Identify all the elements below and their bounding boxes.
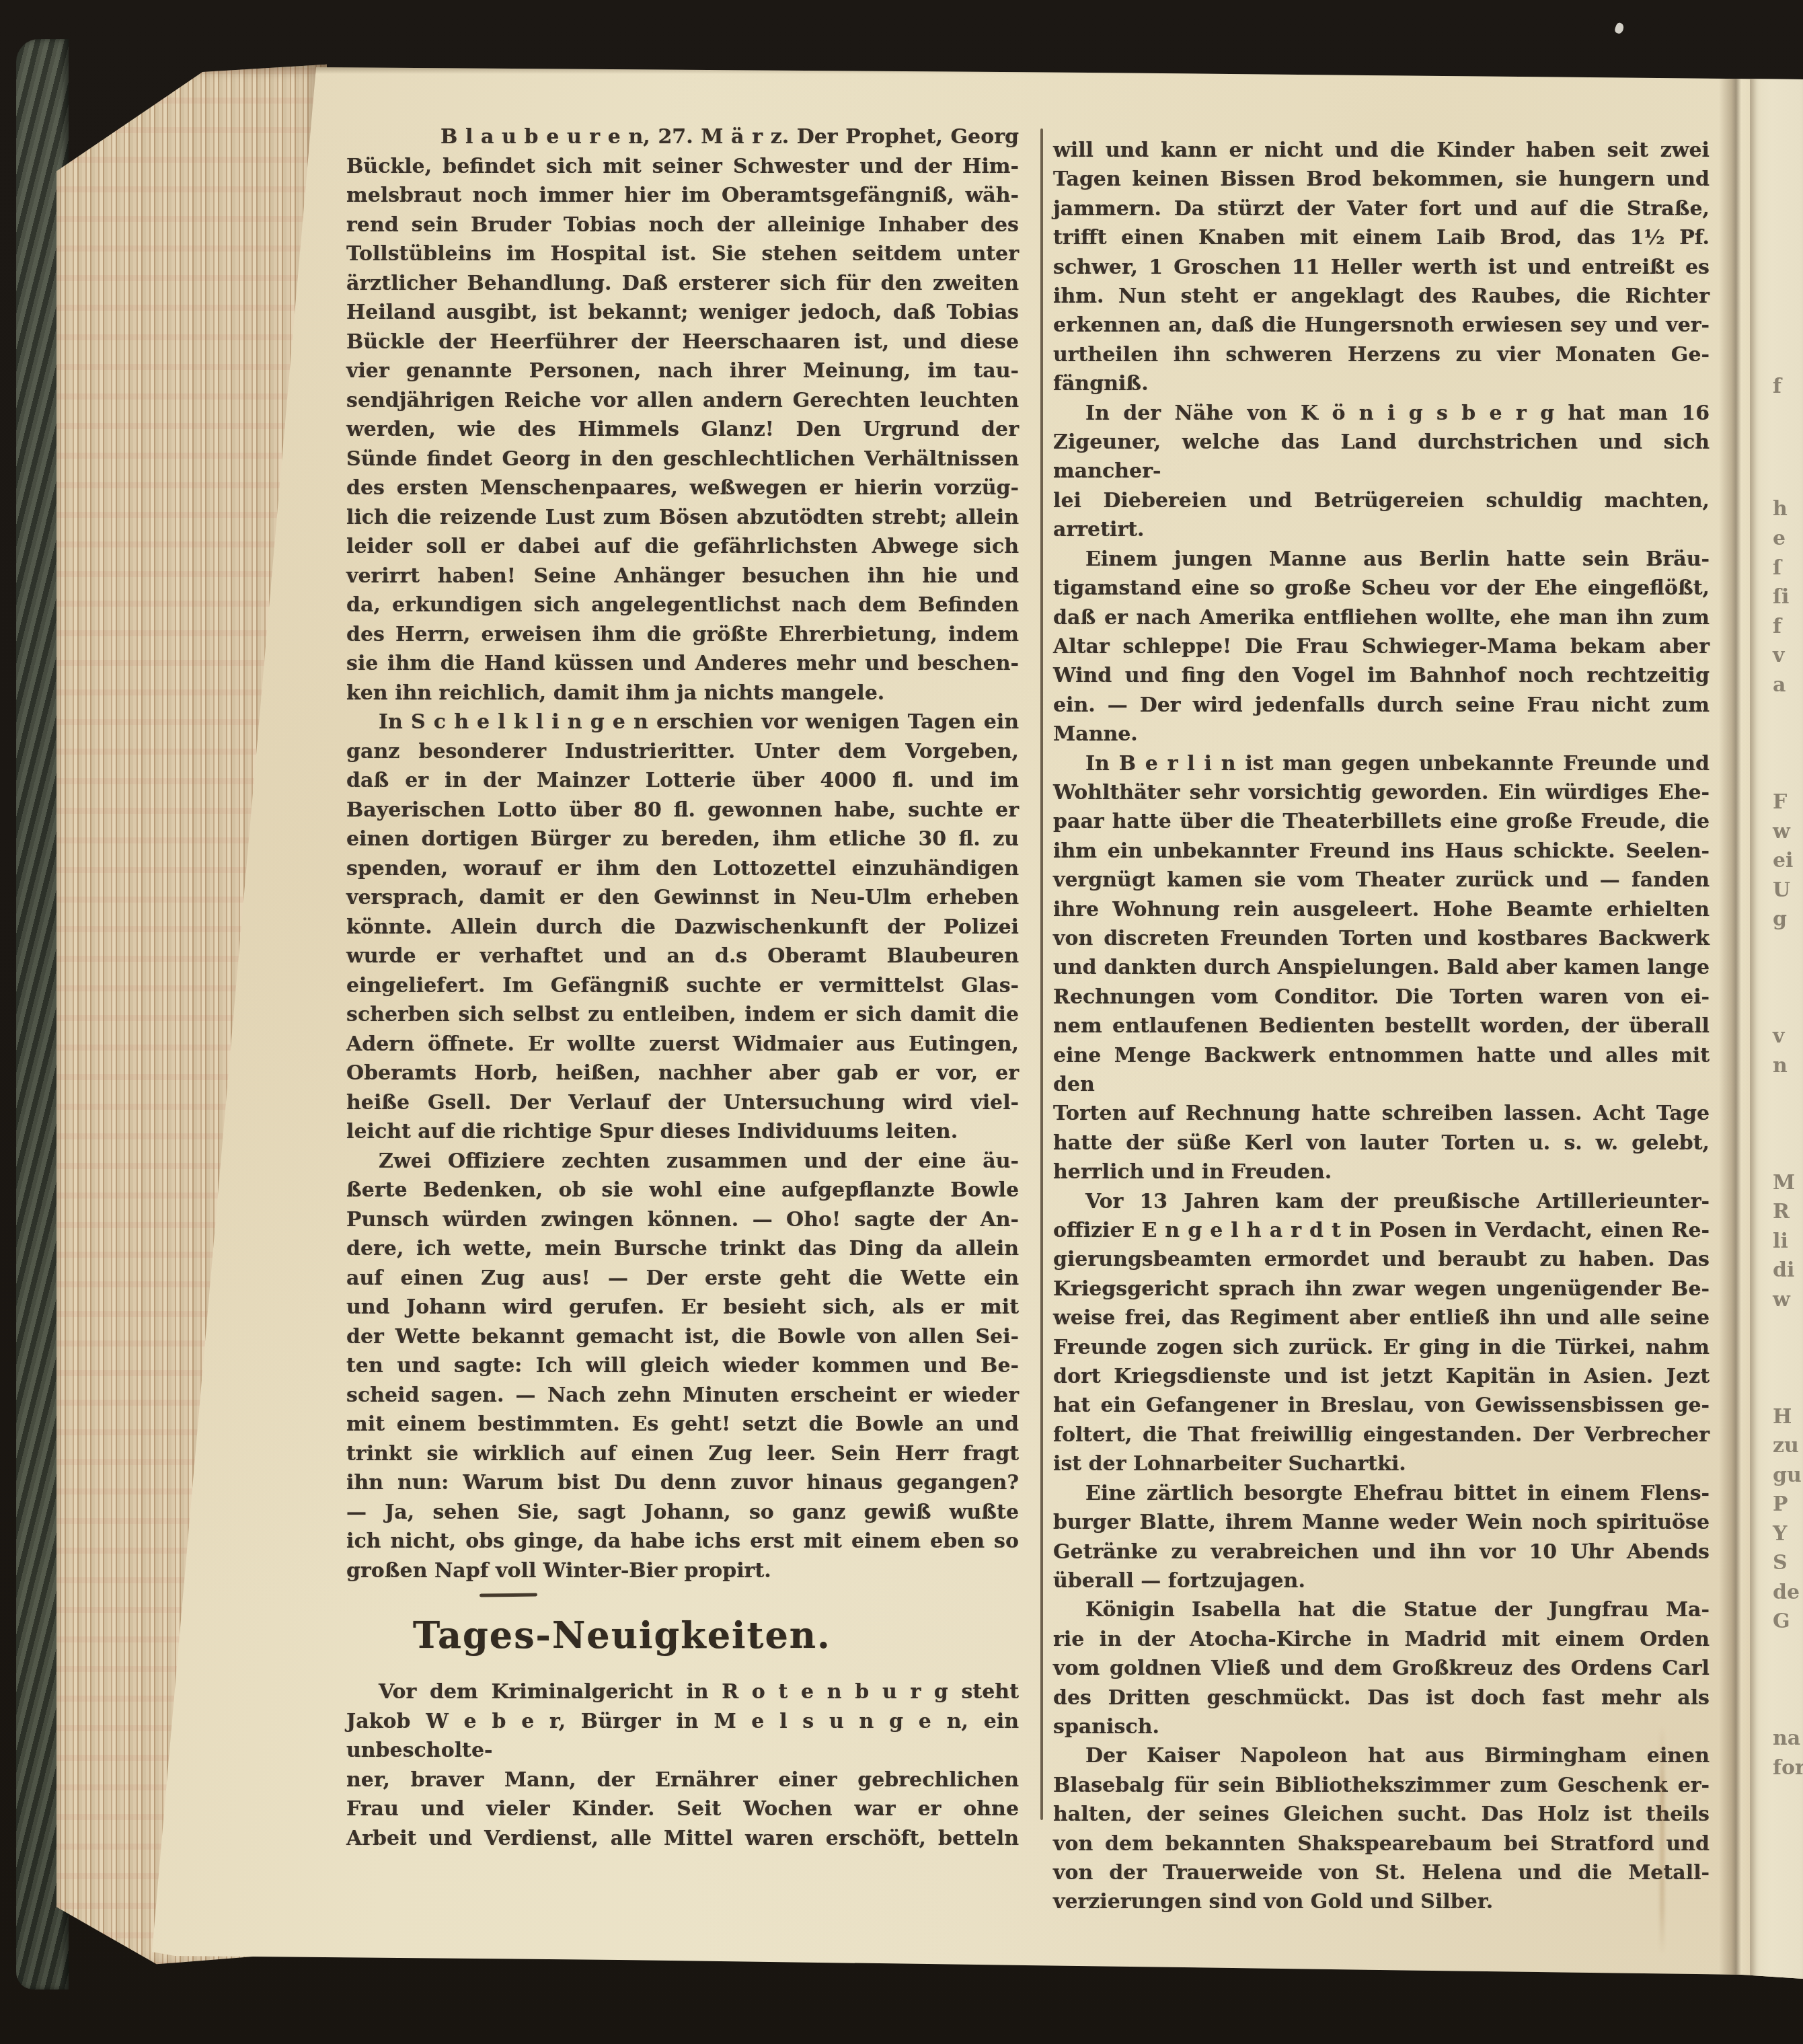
edge-text-fragment: Y — [1773, 1524, 1787, 1544]
edge-text-fragment: G — [1773, 1612, 1790, 1632]
text-line: offizier E n g e l h a r d t in Posen in… — [1053, 1216, 1710, 1245]
text-line: Oberamts Horb, heißen, nachher aber gab … — [346, 1059, 1019, 1088]
text-line: Bayerischen Lotto über 80 fl. gewonnen h… — [346, 796, 1019, 825]
text-line: Freunde zogen sich zurück. Er ging in di… — [1053, 1333, 1710, 1362]
left-column: B l a u b e u r e n, 27. M ä r z. Der Pr… — [346, 122, 1019, 1585]
text-line: ärztlicher Behandlung. Daß ersterer sich… — [346, 269, 1019, 299]
water-stain — [1660, 1726, 1664, 1955]
text-line: Adern öffnete. Er wollte zuerst Widmaier… — [346, 1030, 1019, 1059]
text-line: von der Trauerweide von St. Helena und d… — [1053, 1858, 1710, 1887]
text-line: rie in der Atocha-Kirche in Madrid mit e… — [1053, 1625, 1710, 1654]
text-line: Rechnungen vom Conditor. Die Torten ware… — [1053, 983, 1710, 1012]
newspaper-page: B l a u b e u r e n, 27. M ä r z. Der Pr… — [148, 65, 1803, 1983]
text-line: des ersten Menschenpaares, weßwegen er h… — [346, 474, 1019, 503]
text-line: sie ihm die Hand küssen und Anderes mehr… — [346, 649, 1019, 679]
edge-text-fragment: F — [1773, 792, 1787, 812]
text-line: ein. — Der wird jedenfalls durch seine F… — [1053, 691, 1710, 720]
text-line: — Ja, sehen Sie, sagt Johann, so ganz ge… — [346, 1498, 1019, 1527]
text-line: In S c h e l k l i n g e n erschien vor … — [346, 708, 1019, 737]
text-line: vier genannte Personen, nach ihrer Meinu… — [346, 356, 1019, 386]
text-line: Tagen keinen Bissen Brod bekommen, sie h… — [1053, 165, 1710, 194]
edge-text-fragment: ſi — [1773, 587, 1789, 607]
edge-text-fragment: li — [1773, 1232, 1788, 1252]
text-line: Punsch würden zwingen können. — Oho! sag… — [346, 1205, 1019, 1235]
text-line: wurde er verhaftet und an d.s Oberamt Bl… — [346, 942, 1019, 971]
text-line: und Johann wird gerufen. Er besieht sich… — [346, 1293, 1019, 1322]
edge-text-fragment: de — [1773, 1583, 1800, 1603]
text-line: Heiland ausgibt, ist bekannt; weniger je… — [346, 298, 1019, 328]
text-line: Königin Isabella hat die Statue der Jung… — [1053, 1595, 1710, 1624]
text-line: melsbraut noch immer hier im Oberamtsgef… — [346, 181, 1019, 211]
text-line: Vor 13 Jahren kam der preußische Artille… — [1053, 1187, 1710, 1216]
edge-text-fragment: P — [1773, 1494, 1788, 1515]
text-line: ganz besonderer Industrieritter. Unter d… — [346, 737, 1019, 767]
text-line: B l a u b e u r e n, 27. M ä r z. Der Pr… — [346, 122, 1019, 152]
text-line: nem entlaufenen Bedienten bestellt worde… — [1053, 1012, 1710, 1040]
text-line: hat ein Gefangener in Breslau, von Gewis… — [1053, 1391, 1710, 1420]
text-line: foltert, die That freiwillig eingestande… — [1053, 1421, 1710, 1449]
text-line: Getränke zu verabreichen und ihn vor 10 … — [1053, 1538, 1710, 1566]
text-line: ner, braver Mann, der Ernährer einer geb… — [346, 1766, 1019, 1795]
text-line: ihm ein unbekannter Freund ins Haus schi… — [1053, 837, 1710, 866]
text-line: Torten auf Rechnung hatte schreiben lass… — [1053, 1099, 1710, 1128]
text-line: herrlich und in Freuden. — [1053, 1158, 1710, 1186]
text-line: und dankten durch Anspielungen. Bald abe… — [1053, 953, 1710, 982]
edge-text-fragment: M — [1773, 1173, 1795, 1193]
text-line: ihm. Nun steht er angeklagt des Raubes, … — [1053, 282, 1710, 311]
text-line: sendjährigen Reiche vor allen andern Ger… — [346, 386, 1019, 416]
text-line: dort Kriegsdienste und ist jetzt Kapitän… — [1053, 1362, 1710, 1391]
edge-text-fragment: R — [1773, 1202, 1790, 1222]
edge-text-fragment: H — [1773, 1407, 1792, 1427]
text-line: vom goldnen Vließ und dem Großkreuz des … — [1053, 1654, 1710, 1683]
text-line: Kriegsgericht sprach ihn zwar wegen unge… — [1053, 1275, 1710, 1303]
text-line: In der Nähe von K ö n i g s b e r g hat … — [1053, 399, 1710, 428]
text-line: Tollstübleins im Hospital ist. Sie stehe… — [346, 239, 1019, 269]
edge-text-fragment: gu — [1773, 1466, 1802, 1486]
text-line: paar hatte über die Theaterbillets eine … — [1053, 807, 1710, 836]
text-line: ist der Lohnarbeiter Suchartki. — [1053, 1449, 1710, 1478]
text-line: ken ihn reichlich, damit ihm ja nichts m… — [346, 679, 1019, 708]
edge-text-fragment: n — [1773, 1056, 1788, 1076]
text-line: des Dritten geschmückt. Das ist doch fas… — [1053, 1683, 1710, 1712]
text-line: Bückle der Heerführer der Heerschaaren i… — [346, 328, 1019, 357]
edge-text-fragment: w — [1773, 822, 1790, 842]
text-line: könnte. Allein durch die Dazwischenkunft… — [346, 913, 1019, 942]
text-line: ich nicht, obs ginge, da habe ichs erst … — [346, 1527, 1019, 1556]
text-line: In B e r l i n ist man gegen unbekannte … — [1053, 749, 1710, 778]
text-line: einen dortigen Bürger zu bereden, ihm et… — [346, 825, 1019, 854]
text-line: auf einen Zug aus! — Der erste geht die … — [346, 1264, 1019, 1293]
text-line: urtheilen ihn schweren Herzens zu vier M… — [1053, 340, 1710, 369]
edge-text-fragment: U — [1773, 880, 1790, 901]
text-line: Einem jungen Manne aus Berlin hatte sein… — [1053, 545, 1710, 574]
edge-text-fragment: w — [1773, 1290, 1790, 1310]
text-line: ihre Wohnung rein ausgeleert. Hohe Beamt… — [1053, 895, 1710, 924]
text-line: tigamstand eine so große Scheu vor der E… — [1053, 574, 1710, 603]
edge-text-fragment: a — [1773, 675, 1786, 695]
edge-text-fragment: ei — [1773, 851, 1793, 871]
photographed-book-scene: B l a u b e u r e n, 27. M ä r z. Der Pr… — [0, 0, 1803, 2044]
section-heading: Tages-Neuigkeiten. — [346, 1612, 1019, 1659]
edge-text-fragment: g — [1773, 909, 1787, 930]
text-line: lich die reizende Lust zum Bösen abzutöd… — [346, 503, 1019, 533]
text-line: jammern. Da stürzt der Vater fort und au… — [1053, 194, 1710, 223]
text-line: werden, wie des Himmels Glanz! Den Urgru… — [346, 415, 1019, 445]
edge-text-fragment: S — [1773, 1553, 1788, 1573]
text-line: Der Kaiser Napoleon hat aus Birmingham e… — [1053, 1741, 1710, 1770]
text-line: ten und sagte: Ich will gleich wieder ko… — [346, 1351, 1019, 1381]
text-line: Eine zärtlich besorgte Ehefrau bittet in… — [1053, 1479, 1710, 1508]
text-line: eine Menge Backwerk entnommen hatte und … — [1053, 1041, 1710, 1100]
left-column-bottom: Vor dem Kriminalgericht in R o t e n b u… — [346, 1677, 1019, 1853]
text-line: mit einem bestimmten. Es geht! setzt die… — [346, 1410, 1019, 1439]
edge-text-fragment: for — [1773, 1758, 1803, 1778]
text-line: scherben sich selbst zu entleiben, indem… — [346, 1000, 1019, 1030]
text-line: schwer, 1 Groschen 11 Heller werth ist u… — [1053, 253, 1710, 282]
text-line: Altar schleppe! Die Frau Schwieger-Mama … — [1053, 632, 1710, 661]
text-line: Wind und fing den Vogel im Bahnhof noch … — [1053, 661, 1710, 690]
text-line: dere, ich wette, mein Bursche trinkt das… — [346, 1234, 1019, 1264]
text-line: leider soll er dabei auf die gefährlichs… — [346, 532, 1019, 562]
text-line: weise frei, das Regiment aber entließ ih… — [1053, 1303, 1710, 1332]
right-column: will und kann er nicht und die Kinder ha… — [1053, 136, 1710, 1917]
text-line: hatte der süße Kerl von lauter Torten u.… — [1053, 1129, 1710, 1158]
text-line: ihn nun: Warum bist Du denn zuvor hinaus… — [346, 1468, 1019, 1498]
column-divider-rule — [1040, 128, 1043, 1820]
text-line: Zwei Offiziere zechten zusammen und der … — [346, 1147, 1019, 1176]
section-divider-rule — [479, 1593, 537, 1597]
text-line: scheid sagen. — Nach zehn Minuten ersche… — [346, 1381, 1019, 1410]
text-line: trifft einen Knaben mit einem Laib Brod,… — [1053, 223, 1710, 252]
text-line: verirrt haben! Seine Anhänger besuchen i… — [346, 562, 1019, 591]
text-line: Arbeit und Verdienst, alle Mittel waren … — [346, 1824, 1019, 1854]
text-line: eingeliefert. Im Gefängniß suchte er ver… — [346, 971, 1019, 1001]
edge-text-fragment: f — [1773, 377, 1781, 397]
text-line: trinkt sie wirklich auf einen Zug leer. … — [346, 1439, 1019, 1469]
text-line: gierungsbeamten ermordet und beraubt zu … — [1053, 1245, 1710, 1274]
text-line: von dem bekannten Shakspearebaum bei Str… — [1053, 1829, 1710, 1858]
text-line: Vor dem Kriminalgericht in R o t e n b u… — [346, 1677, 1019, 1707]
text-line: spanisch. — [1053, 1712, 1710, 1741]
edge-text-fragment: e — [1773, 529, 1786, 549]
text-line: Zigeuner, welche das Land durchstrichen … — [1053, 428, 1710, 486]
text-line: Wohlthäter sehr vorsichtig geworden. Ein… — [1053, 778, 1710, 807]
text-line: vergnügt kamen sie vom Theater zurück un… — [1053, 866, 1710, 895]
next-page-edge: fheſſifvaFweiUgvnMRlidiwHzuguPYSdeGnafor — [1750, 65, 1803, 1983]
edge-text-fragment: v — [1773, 1026, 1784, 1047]
text-line: halten, der seines Gleichen sucht. Das H… — [1053, 1800, 1710, 1829]
edge-text-fragment: zu — [1773, 1436, 1799, 1456]
text-line: versprach, damit er den Gewinnst in Neu-… — [346, 883, 1019, 913]
text-line: heiße Gsell. Der Verlauf der Untersuchun… — [346, 1088, 1019, 1118]
dust-speck — [1614, 22, 1625, 34]
text-line: Bückle, befindet sich mit seiner Schwest… — [346, 152, 1019, 182]
text-line: rend sein Bruder Tobias noch der alleini… — [346, 211, 1019, 240]
text-line: daß er nach Amerika entfliehen wollte, e… — [1053, 603, 1710, 632]
text-line: der Wette bekannt gemacht ist, die Bowle… — [346, 1322, 1019, 1352]
text-line: des Herrn, erweisen ihm die größte Ehrer… — [346, 620, 1019, 650]
text-line: lei Diebereien und Betrügereien schuldig… — [1053, 486, 1710, 545]
edge-text-fragment: na — [1773, 1729, 1800, 1749]
text-line: da, erkundigen sich angelegentlichst nac… — [346, 591, 1019, 620]
edge-text-fragment: ſ — [1773, 558, 1781, 578]
text-line: will und kann er nicht und die Kinder ha… — [1053, 136, 1710, 165]
edge-text-fragment: f — [1773, 617, 1781, 637]
text-line: Blasebalg für sein Bibliothekszimmer zum… — [1053, 1771, 1710, 1800]
text-line: Manne. — [1053, 720, 1710, 749]
text-line: daß er in der Mainzer Lotterie über 4000… — [346, 766, 1019, 796]
edge-text-fragment: v — [1773, 646, 1784, 666]
edge-text-fragment: h — [1773, 499, 1788, 519]
text-line: burger Blatte, ihrem Manne weder Wein no… — [1053, 1508, 1710, 1537]
text-line: großen Napf voll Winter-Bier propirt. — [346, 1556, 1019, 1586]
page-gutter-fold — [1719, 65, 1750, 1983]
text-line: erkennen an, daß die Hungersnoth erwiese… — [1053, 311, 1710, 340]
text-line: leicht auf die richtige Spur dieses Indi… — [346, 1117, 1019, 1147]
text-line: Jakob W e b e r, Bürger in M e l s u n g… — [346, 1707, 1019, 1766]
text-line: spenden, worauf er ihm den Lottozettel e… — [346, 854, 1019, 884]
text-line: Sünde findet Georg in den geschlechtlich… — [346, 445, 1019, 474]
edge-text-fragment: di — [1773, 1260, 1794, 1281]
text-line: verzierungen sind von Gold und Silber. — [1053, 1887, 1710, 1916]
text-line: überall — fortzujagen. — [1053, 1566, 1710, 1595]
text-line: Frau und vieler Kinder. Seit Wochen war … — [346, 1794, 1019, 1824]
text-line: von discreten Freunden Torten und kostba… — [1053, 924, 1710, 953]
text-line: ßerte Bedenken, ob sie wohl eine aufgepf… — [346, 1176, 1019, 1205]
text-line: fängniß. — [1053, 369, 1710, 398]
